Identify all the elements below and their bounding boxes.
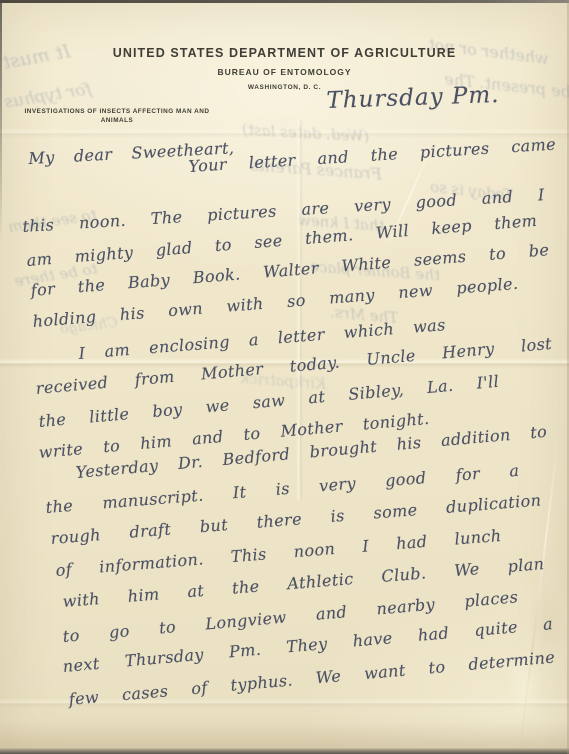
fold-crease-horizontal [0, 128, 569, 138]
scan-shadow-bottom [0, 721, 569, 747]
letterhead-division: INVESTIGATIONS OF INSECTS AFFECTING MAN … [24, 107, 210, 125]
scan-edge-left [0, 3, 2, 243]
scan-edge-bottom [0, 747, 569, 754]
scan-edge-top [0, 0, 569, 3]
scanned-letter-page: It must for typhus whether or not be pre… [0, 0, 569, 754]
handwritten-date: Thursday Pm. [326, 82, 500, 114]
letterhead-bureau: BUREAU OF ENTOMOLOGY [0, 67, 569, 77]
letterhead-agency: UNITED STATES DEPARTMENT OF AGRICULTURE [0, 46, 569, 60]
